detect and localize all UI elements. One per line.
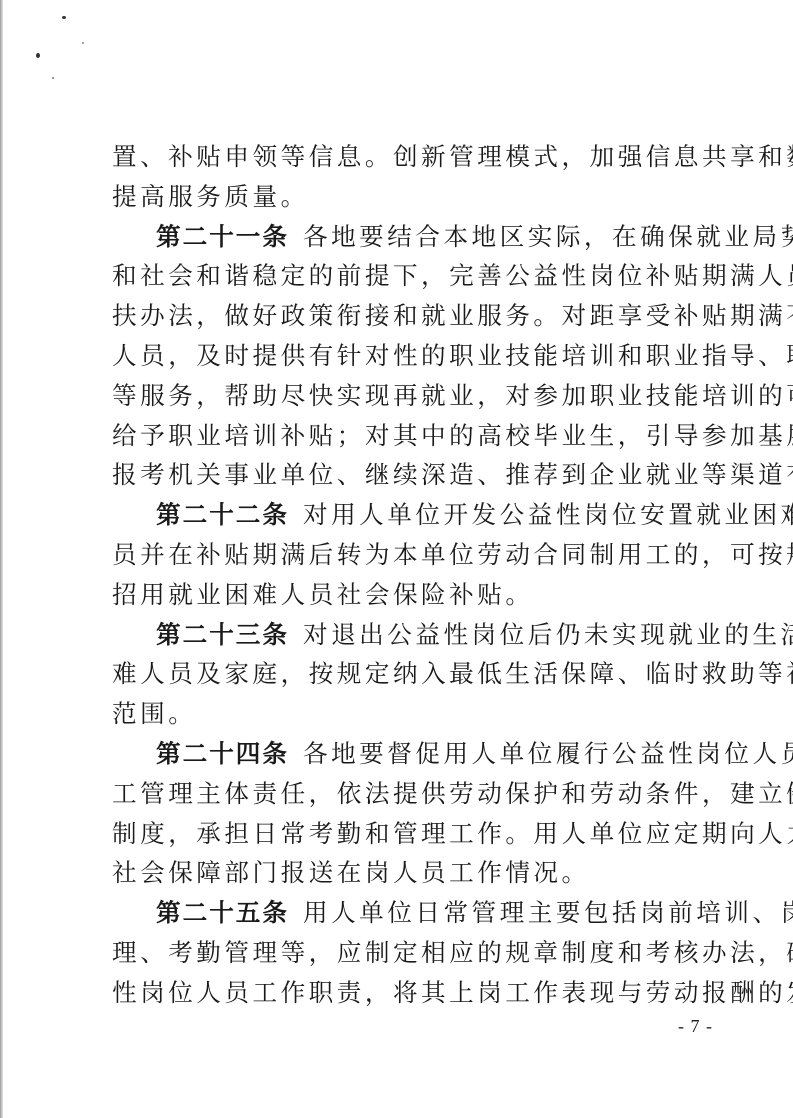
line-text: 各地要督促用人单位履行公益性岗位人员用 (303, 739, 793, 768)
text-line: 招用就业困难人员社会保险补贴。 (112, 575, 712, 615)
line-text: 性岗位人员工作职责，将其上岗工作表现与劳动报酬的发放挂 (112, 978, 793, 1007)
text-line: 报考机关事业单位、继续深造、推荐到企业就业等渠道有序退岗。 (112, 455, 712, 495)
line-text: 社会保障部门报送在岗人员工作情况。 (112, 858, 590, 887)
article-number: 第二十四条 (156, 739, 289, 768)
scan-speck (36, 53, 40, 58)
line-text: 对退出公益性岗位后仍未实现就业的生活困 (303, 620, 793, 649)
line-text: 制度，承担日常考勤和管理工作。用人单位应定期向人力资源和 (112, 819, 793, 848)
text-line: 社会保障部门报送在岗人员工作情况。 (112, 853, 712, 893)
text-line: 等服务，帮助尽快实现再就业，对参加职业技能培训的可按规定 (112, 376, 712, 416)
article-number: 第二十五条 (156, 898, 289, 927)
text-line: 给予职业培训补贴；对其中的高校毕业生，引导参加基层项目、 (112, 416, 712, 456)
article-24-heading-line: 第二十四条各地要督促用人单位履行公益性岗位人员用 (112, 734, 712, 774)
line-text: 对用人单位开发公益性岗位安置就业困难人 (303, 500, 793, 529)
line-text: 理、考勤管理等，应制定相应的规章制度和考核办法，确定公益 (112, 938, 793, 967)
line-text: 提高服务质量。 (112, 182, 309, 211)
line-text: 扶办法，做好政策衔接和就业服务。对距享受补贴期满不足半年 (112, 301, 793, 330)
text-line: 制度，承担日常考勤和管理工作。用人单位应定期向人力资源和 (112, 814, 712, 854)
text-line: 难人员及家庭，按规定纳入最低生活保障、临时救助等社会救助 (112, 654, 712, 694)
page-number: - 7 - (678, 1016, 713, 1037)
line-text: 报考机关事业单位、继续深造、推荐到企业就业等渠道有序退岗。 (112, 460, 793, 489)
article-22-heading-line: 第二十二条对用人单位开发公益性岗位安置就业困难人 (112, 495, 712, 535)
text-line: 和社会和谐稳定的前提下，完善公益性岗位补贴期满人员退出帮 (112, 256, 712, 296)
article-number: 第二十一条 (156, 222, 289, 251)
text-line: 理、考勤管理等，应制定相应的规章制度和考核办法，确定公益 (112, 933, 712, 973)
document-body: 置、补贴申领等信息。创新管理模式，加强信息共享和数据比对， 提高服务质量。 第二… (112, 137, 712, 1013)
text-line: 工管理主体责任，依法提供劳动保护和劳动条件，建立健全规章 (112, 774, 712, 814)
scan-edge-shadow (0, 0, 3, 1118)
line-text: 难人员及家庭，按规定纳入最低生活保障、临时救助等社会救助 (112, 659, 793, 688)
article-25-heading-line: 第二十五条用人单位日常管理主要包括岗前培训、岗中管 (112, 893, 712, 933)
scan-speck (82, 42, 84, 44)
line-text: 等服务，帮助尽快实现再就业，对参加职业技能培训的可按规定 (112, 381, 793, 410)
line-text: 用人单位日常管理主要包括岗前培训、岗中管 (303, 898, 793, 927)
text-line: 性岗位人员工作职责，将其上岗工作表现与劳动报酬的发放挂 (112, 973, 712, 1013)
line-text: 置、补贴申领等信息。创新管理模式，加强信息共享和数据比对， (112, 142, 793, 171)
text-line: 范围。 (112, 694, 712, 734)
scan-speck (62, 16, 66, 19)
scan-speck (52, 77, 54, 79)
line-text: 工管理主体责任，依法提供劳动保护和劳动条件，建立健全规章 (112, 779, 793, 808)
text-line: 置、补贴申领等信息。创新管理模式，加强信息共享和数据比对， (112, 137, 712, 177)
line-text: 给予职业培训补贴；对其中的高校毕业生，引导参加基层项目、 (112, 421, 793, 450)
line-text: 人员，及时提供有针对性的职业技能培训和职业指导、职业介绍 (112, 341, 793, 370)
text-line: 扶办法，做好政策衔接和就业服务。对距享受补贴期满不足半年 (112, 296, 712, 336)
article-23-heading-line: 第二十三条对退出公益性岗位后仍未实现就业的生活困 (112, 615, 712, 655)
article-number: 第二十三条 (156, 620, 289, 649)
text-line: 人员，及时提供有针对性的职业技能培训和职业指导、职业介绍 (112, 336, 712, 376)
article-number: 第二十二条 (156, 500, 289, 529)
text-line: 提高服务质量。 (112, 177, 712, 217)
line-text: 和社会和谐稳定的前提下，完善公益性岗位补贴期满人员退出帮 (112, 261, 793, 290)
article-21-heading-line: 第二十一条各地要结合本地区实际，在确保就业局势平稳 (112, 217, 712, 257)
line-text: 范围。 (112, 699, 196, 728)
text-line: 员并在补贴期满后转为本单位劳动合同制用工的，可按规定给予 (112, 535, 712, 575)
line-text: 各地要结合本地区实际，在确保就业局势平稳 (303, 222, 793, 251)
line-text: 招用就业困难人员社会保险补贴。 (112, 580, 533, 609)
line-text: 员并在补贴期满后转为本单位劳动合同制用工的，可按规定给予 (112, 540, 793, 569)
